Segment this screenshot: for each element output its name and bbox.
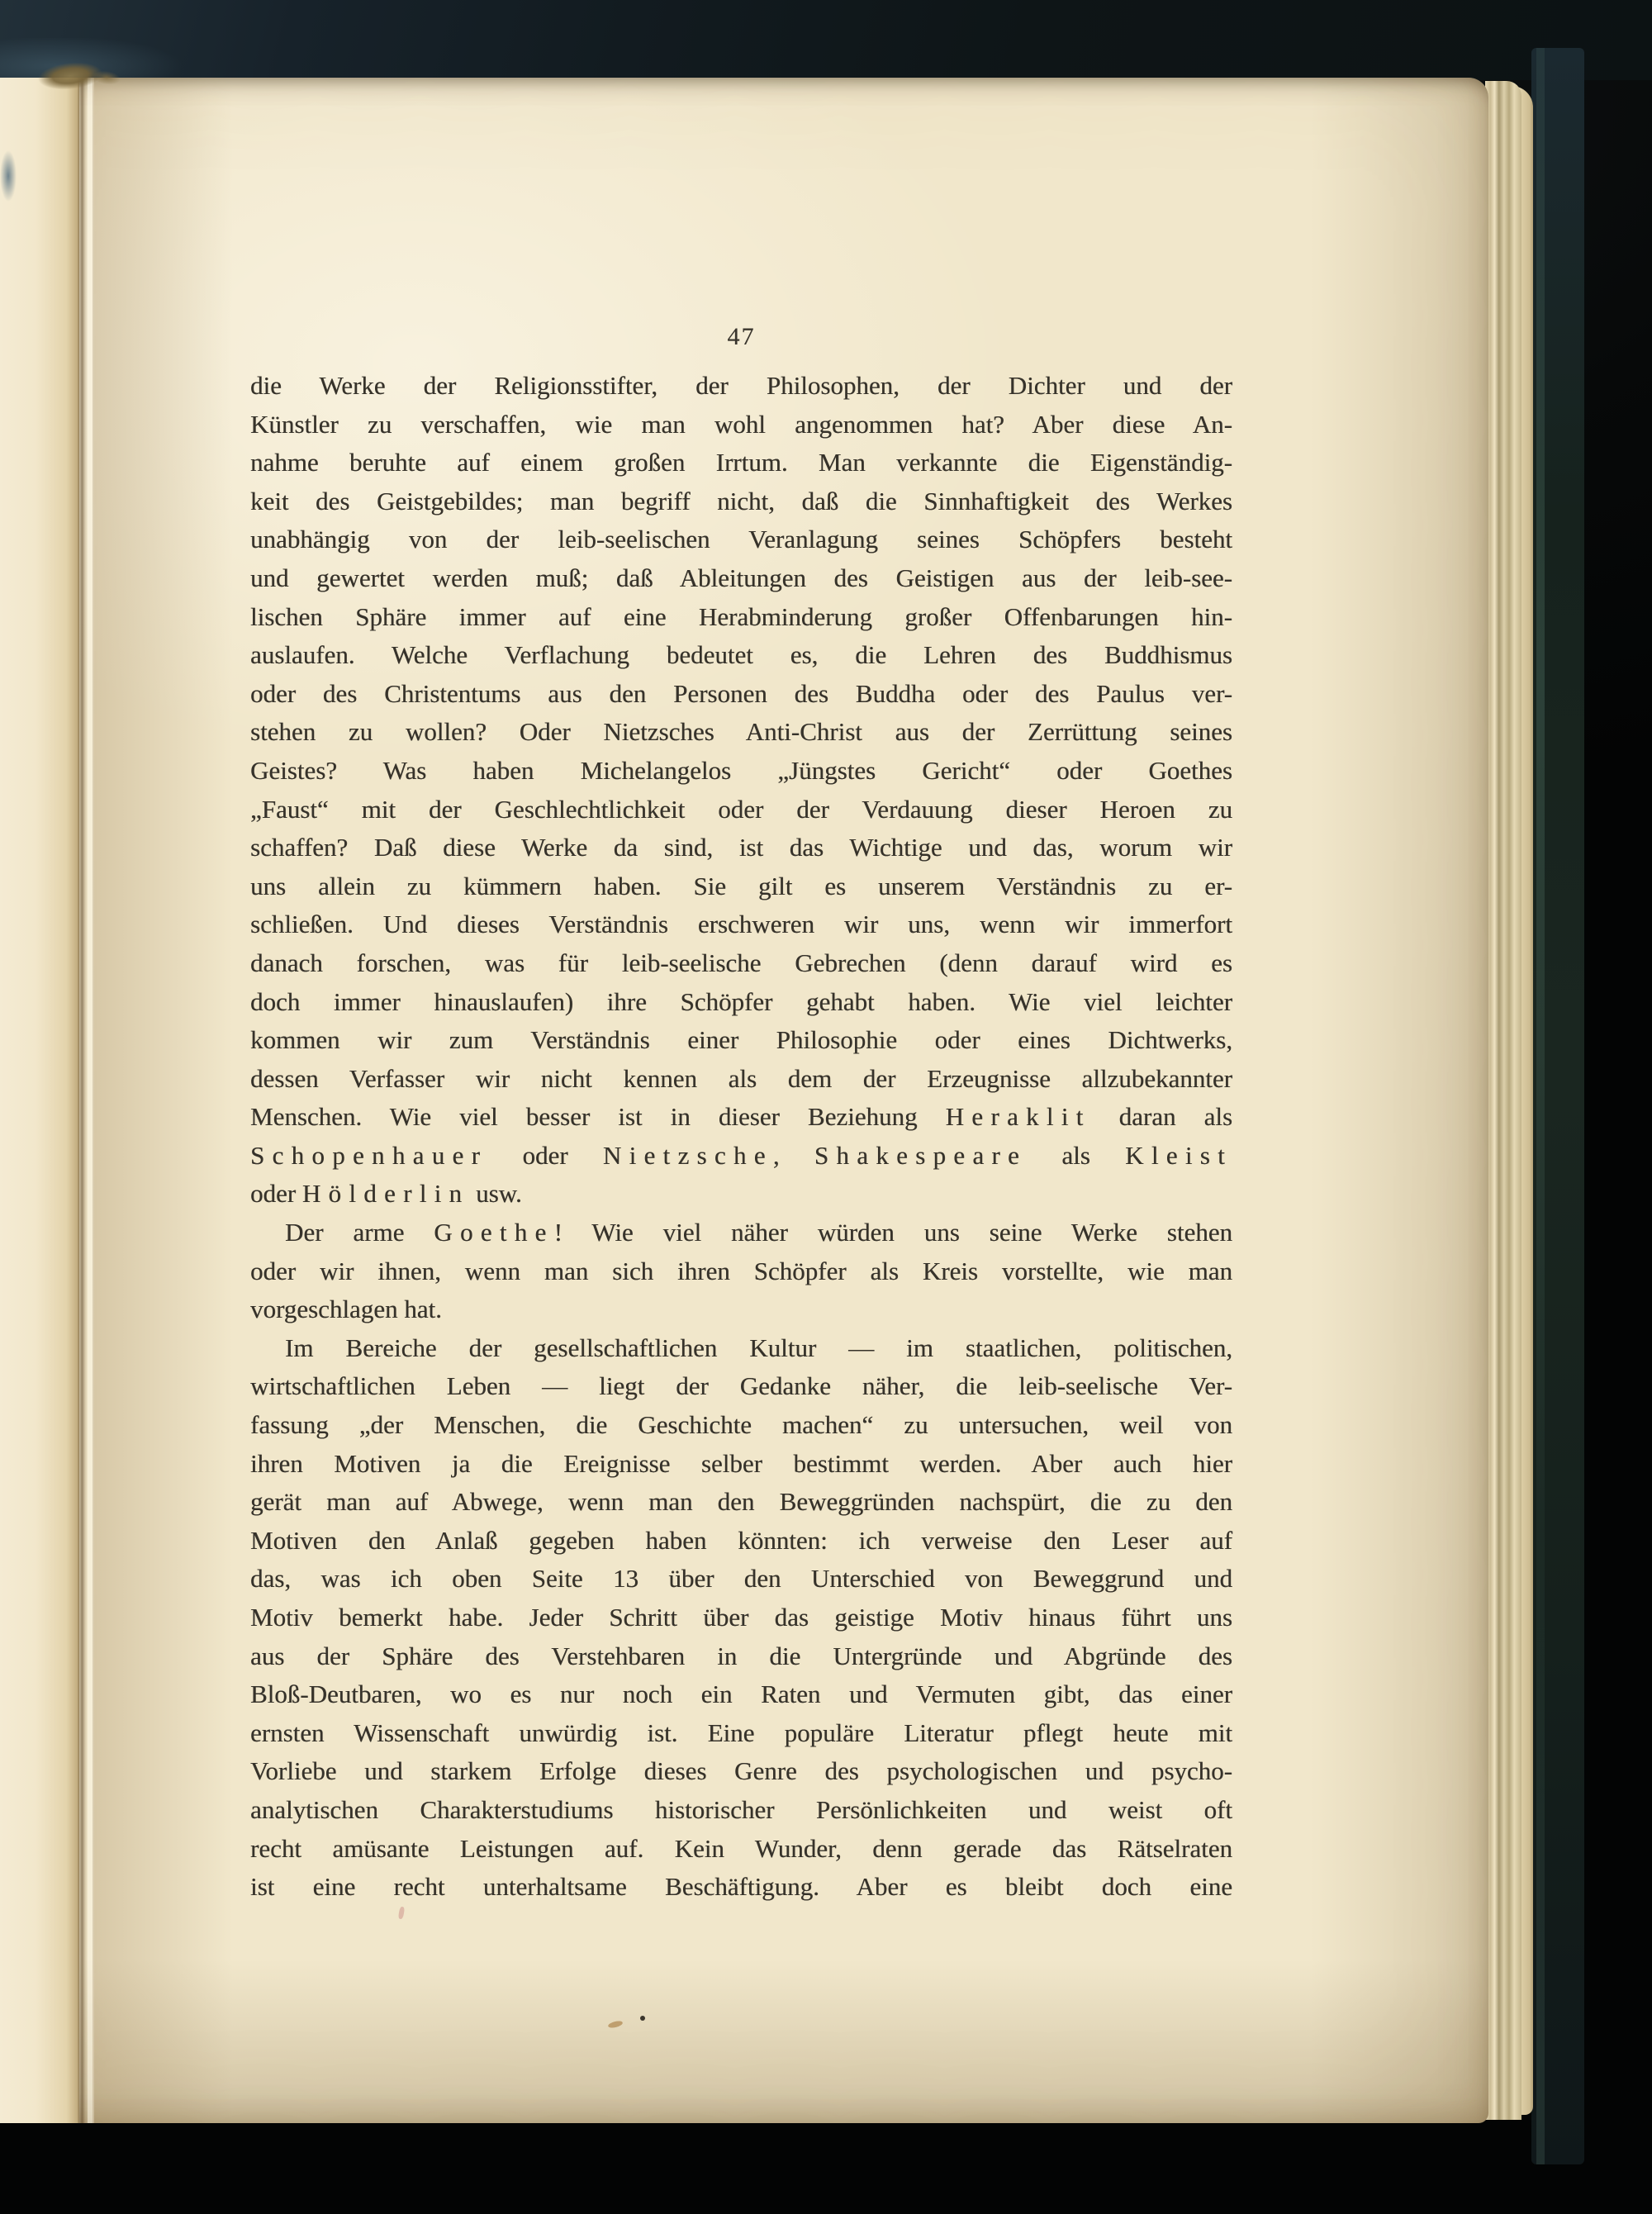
- text-segment: keit des Geistgebildes; man begriff nich…: [250, 487, 1232, 515]
- text-line: uns allein zu kümmern haben. Sie gilt es…: [250, 867, 1232, 906]
- text-line: kommen wir zum Verständnis einer Philoso…: [250, 1021, 1232, 1060]
- text-line: analytischen Charakterstudiums historisc…: [250, 1791, 1232, 1830]
- text-line: schaffen? Daß diese Werke da sind, ist d…: [250, 829, 1232, 867]
- text-line: Motiv bemerkt habe. Jeder Schritt über d…: [250, 1599, 1232, 1637]
- text-segment: vorgeschlagen hat.: [250, 1295, 442, 1323]
- text-segment: Künstler zu verschaffen, wie man wohl an…: [250, 410, 1232, 439]
- text-line: und gewertet werden muß; daß Ableitungen…: [250, 559, 1232, 598]
- text-segment: Motiv bemerkt habe. Jeder Schritt über d…: [250, 1603, 1232, 1632]
- letterspaced-name: Nietzsche: [603, 1141, 773, 1170]
- letterspaced-name: Goethe: [434, 1218, 553, 1247]
- text-line: Bloß-Deutbaren, wo es nur noch ein Raten…: [250, 1675, 1232, 1714]
- text-segment: ,: [773, 1141, 814, 1170]
- text-line: fassung „der Menschen, die Geschichte ma…: [250, 1406, 1232, 1445]
- text-segment: oder: [487, 1141, 603, 1170]
- text-segment: als: [1027, 1141, 1125, 1170]
- text-line: Der arme Goethe! Wie viel näher würden u…: [250, 1214, 1232, 1252]
- text-line: vorgeschlagen hat.: [250, 1290, 1232, 1329]
- text-segment: uns allein zu kümmern haben. Sie gilt es…: [250, 872, 1232, 900]
- text-segment: nahme beruhte auf einem großen Irrtum. M…: [250, 448, 1232, 477]
- spine-glint: [0, 150, 17, 202]
- text-segment: die Werke der Religionsstifter, der Phil…: [250, 371, 1232, 400]
- gutter-crease: [78, 78, 88, 2123]
- letterspaced-name: Shakespeare: [814, 1141, 1027, 1170]
- text-segment: kommen wir zum Verständnis einer Philoso…: [250, 1025, 1232, 1054]
- text-line: Geistes? Was haben Michelangelos „Jüngst…: [250, 752, 1232, 791]
- text-segment: danach forschen, was für leib-seelische …: [250, 948, 1232, 977]
- text-line: schließen. Und dieses Verständnis erschw…: [250, 905, 1232, 944]
- text-segment: usw.: [469, 1179, 521, 1208]
- text-segment: Bloß-Deutbaren, wo es nur noch ein Raten…: [250, 1680, 1232, 1708]
- text-segment: Im Bereiche der gesellschaftlichen Kultu…: [285, 1333, 1232, 1362]
- text-line: auslaufen. Welche Verflachung bedeutet e…: [250, 636, 1232, 675]
- text-line: wirtschaftlichen Leben — liegt der Gedan…: [250, 1367, 1232, 1406]
- text-line: ernsten Wissenschaft unwürdig ist. Eine …: [250, 1714, 1232, 1753]
- text-segment: dessen Verfasser wir nicht kennen als de…: [250, 1064, 1232, 1093]
- text-segment: Der arme: [285, 1218, 434, 1247]
- book-page: 47 die Werke der Religionsstifter, der P…: [0, 78, 1488, 2123]
- text-segment: oder des Christentums aus den Personen d…: [250, 679, 1232, 708]
- text-segment: unabhängig von der leib-seelischen Veran…: [250, 525, 1232, 553]
- text-block: die Werke der Religionsstifter, der Phil…: [250, 367, 1232, 1907]
- text-line: lischen Sphäre immer auf eine Herabminde…: [250, 598, 1232, 637]
- gutter-shadow: [93, 78, 233, 2123]
- text-line: doch immer hinauslaufen) ihre Schöpfer g…: [250, 983, 1232, 1022]
- text-line: Motiven den Anlaß gegeben haben könnten:…: [250, 1522, 1232, 1561]
- text-line: stehen zu wollen? Oder Nietzsches Anti-C…: [250, 713, 1232, 752]
- text-line: unabhängig von der leib-seelischen Veran…: [250, 520, 1232, 559]
- text-segment: Menschen. Wie viel besser ist in dieser …: [250, 1102, 946, 1131]
- text-segment: fassung „der Menschen, die Geschichte ma…: [250, 1410, 1232, 1439]
- text-segment: daran als: [1091, 1102, 1232, 1131]
- text-segment: gerät man auf Abwege, wenn man den Beweg…: [250, 1487, 1232, 1516]
- text-segment: analytischen Charakterstudiums historisc…: [250, 1795, 1232, 1824]
- gutter-leaf: [0, 78, 79, 2123]
- text-line: Im Bereiche der gesellschaftlichen Kultu…: [250, 1329, 1232, 1368]
- text-segment: lischen Sphäre immer auf eine Herabminde…: [250, 602, 1232, 631]
- text-segment: stehen zu wollen? Oder Nietzsches Anti-C…: [250, 717, 1232, 746]
- text-segment: recht amüsante Leistungen auf. Kein Wund…: [250, 1834, 1232, 1863]
- text-segment: ernsten Wissenschaft unwürdig ist. Eine …: [250, 1718, 1232, 1747]
- book-cover-top: [0, 0, 1652, 80]
- text-line: danach forschen, was für leib-seelische …: [250, 944, 1232, 983]
- text-line: oder Hölderlin usw.: [250, 1175, 1232, 1214]
- text-segment: das, was ich oben Seite 13 über den Unte…: [250, 1564, 1232, 1593]
- text-line: nahme beruhte auf einem großen Irrtum. M…: [250, 444, 1232, 482]
- text-segment: Vorliebe und starkem Erfolge dieses Genr…: [250, 1756, 1232, 1785]
- text-line: Menschen. Wie viel besser ist in dieser …: [250, 1098, 1232, 1137]
- text-line: aus der Sphäre des Verstehbaren in die U…: [250, 1637, 1232, 1676]
- text-line: oder des Christentums aus den Personen d…: [250, 675, 1232, 714]
- text-segment: Geistes? Was haben Michelangelos „Jüngst…: [250, 756, 1232, 785]
- text-segment: schließen. Und dieses Verständnis erschw…: [250, 910, 1232, 938]
- text-line: ihren Motiven ja die Ereignisse selber b…: [250, 1445, 1232, 1484]
- letterspaced-name: Kleist: [1125, 1141, 1232, 1170]
- text-line: keit des Geistgebildes; man begriff nich…: [250, 482, 1232, 521]
- letterspaced-name: Hölderlin: [302, 1179, 470, 1208]
- letterspaced-name: Schopenhauer: [250, 1141, 487, 1170]
- paper-smudge: [607, 2020, 623, 2029]
- text-line: „Faust“ mit der Geschlechtlichkeit oder …: [250, 791, 1232, 829]
- book-photo: 47 die Werke der Religionsstifter, der P…: [0, 0, 1652, 2214]
- text-segment: ist eine recht unterhaltsame Beschäftigu…: [250, 1872, 1232, 1901]
- text-segment: oder wir ihnen, wenn man sich ihren Schö…: [250, 1257, 1232, 1285]
- text-segment: und gewertet werden muß; daß Ableitungen…: [250, 563, 1232, 592]
- text-segment: „Faust“ mit der Geschlechtlichkeit oder …: [250, 795, 1232, 824]
- text-line: oder wir ihnen, wenn man sich ihren Schö…: [250, 1252, 1232, 1291]
- text-line: Schopenhauer oder Nietzsche, Shakespeare…: [250, 1137, 1232, 1176]
- page-edge-stack: [1485, 81, 1521, 2120]
- text-line: gerät man auf Abwege, wenn man den Beweg…: [250, 1483, 1232, 1522]
- text-line: das, was ich oben Seite 13 über den Unte…: [250, 1560, 1232, 1599]
- text-segment: doch immer hinauslaufen) ihre Schöpfer g…: [250, 987, 1232, 1016]
- text-segment: Motiven den Anlaß gegeben haben könnten:…: [250, 1526, 1232, 1555]
- text-segment: schaffen? Daß diese Werke da sind, ist d…: [250, 833, 1232, 862]
- letterspaced-name: Heraklit: [946, 1102, 1091, 1131]
- text-line: ist eine recht unterhaltsame Beschäftigu…: [250, 1868, 1232, 1907]
- text-line: dessen Verfasser wir nicht kennen als de…: [250, 1060, 1232, 1099]
- text-segment: aus der Sphäre des Verstehbaren in die U…: [250, 1641, 1232, 1670]
- text-line: die Werke der Religionsstifter, der Phil…: [250, 367, 1232, 406]
- text-line: recht amüsante Leistungen auf. Kein Wund…: [250, 1830, 1232, 1869]
- text-segment: oder: [250, 1179, 302, 1208]
- text-segment: ihren Motiven ja die Ereignisse selber b…: [250, 1449, 1232, 1478]
- book-cover-right: [1531, 48, 1584, 2164]
- paper-mark: [398, 1907, 406, 1920]
- ink-speck: [640, 2016, 645, 2021]
- text-segment: wirtschaftlichen Leben — liegt der Gedan…: [250, 1371, 1232, 1400]
- text-line: Vorliebe und starkem Erfolge dieses Genr…: [250, 1752, 1232, 1791]
- page-number: 47: [250, 323, 1232, 358]
- text-line: Künstler zu verschaffen, wie man wohl an…: [250, 406, 1232, 444]
- text-segment: auslaufen. Welche Verflachung bedeutet e…: [250, 640, 1232, 669]
- text-segment: ! Wie viel näher würden uns seine Werke …: [554, 1218, 1232, 1247]
